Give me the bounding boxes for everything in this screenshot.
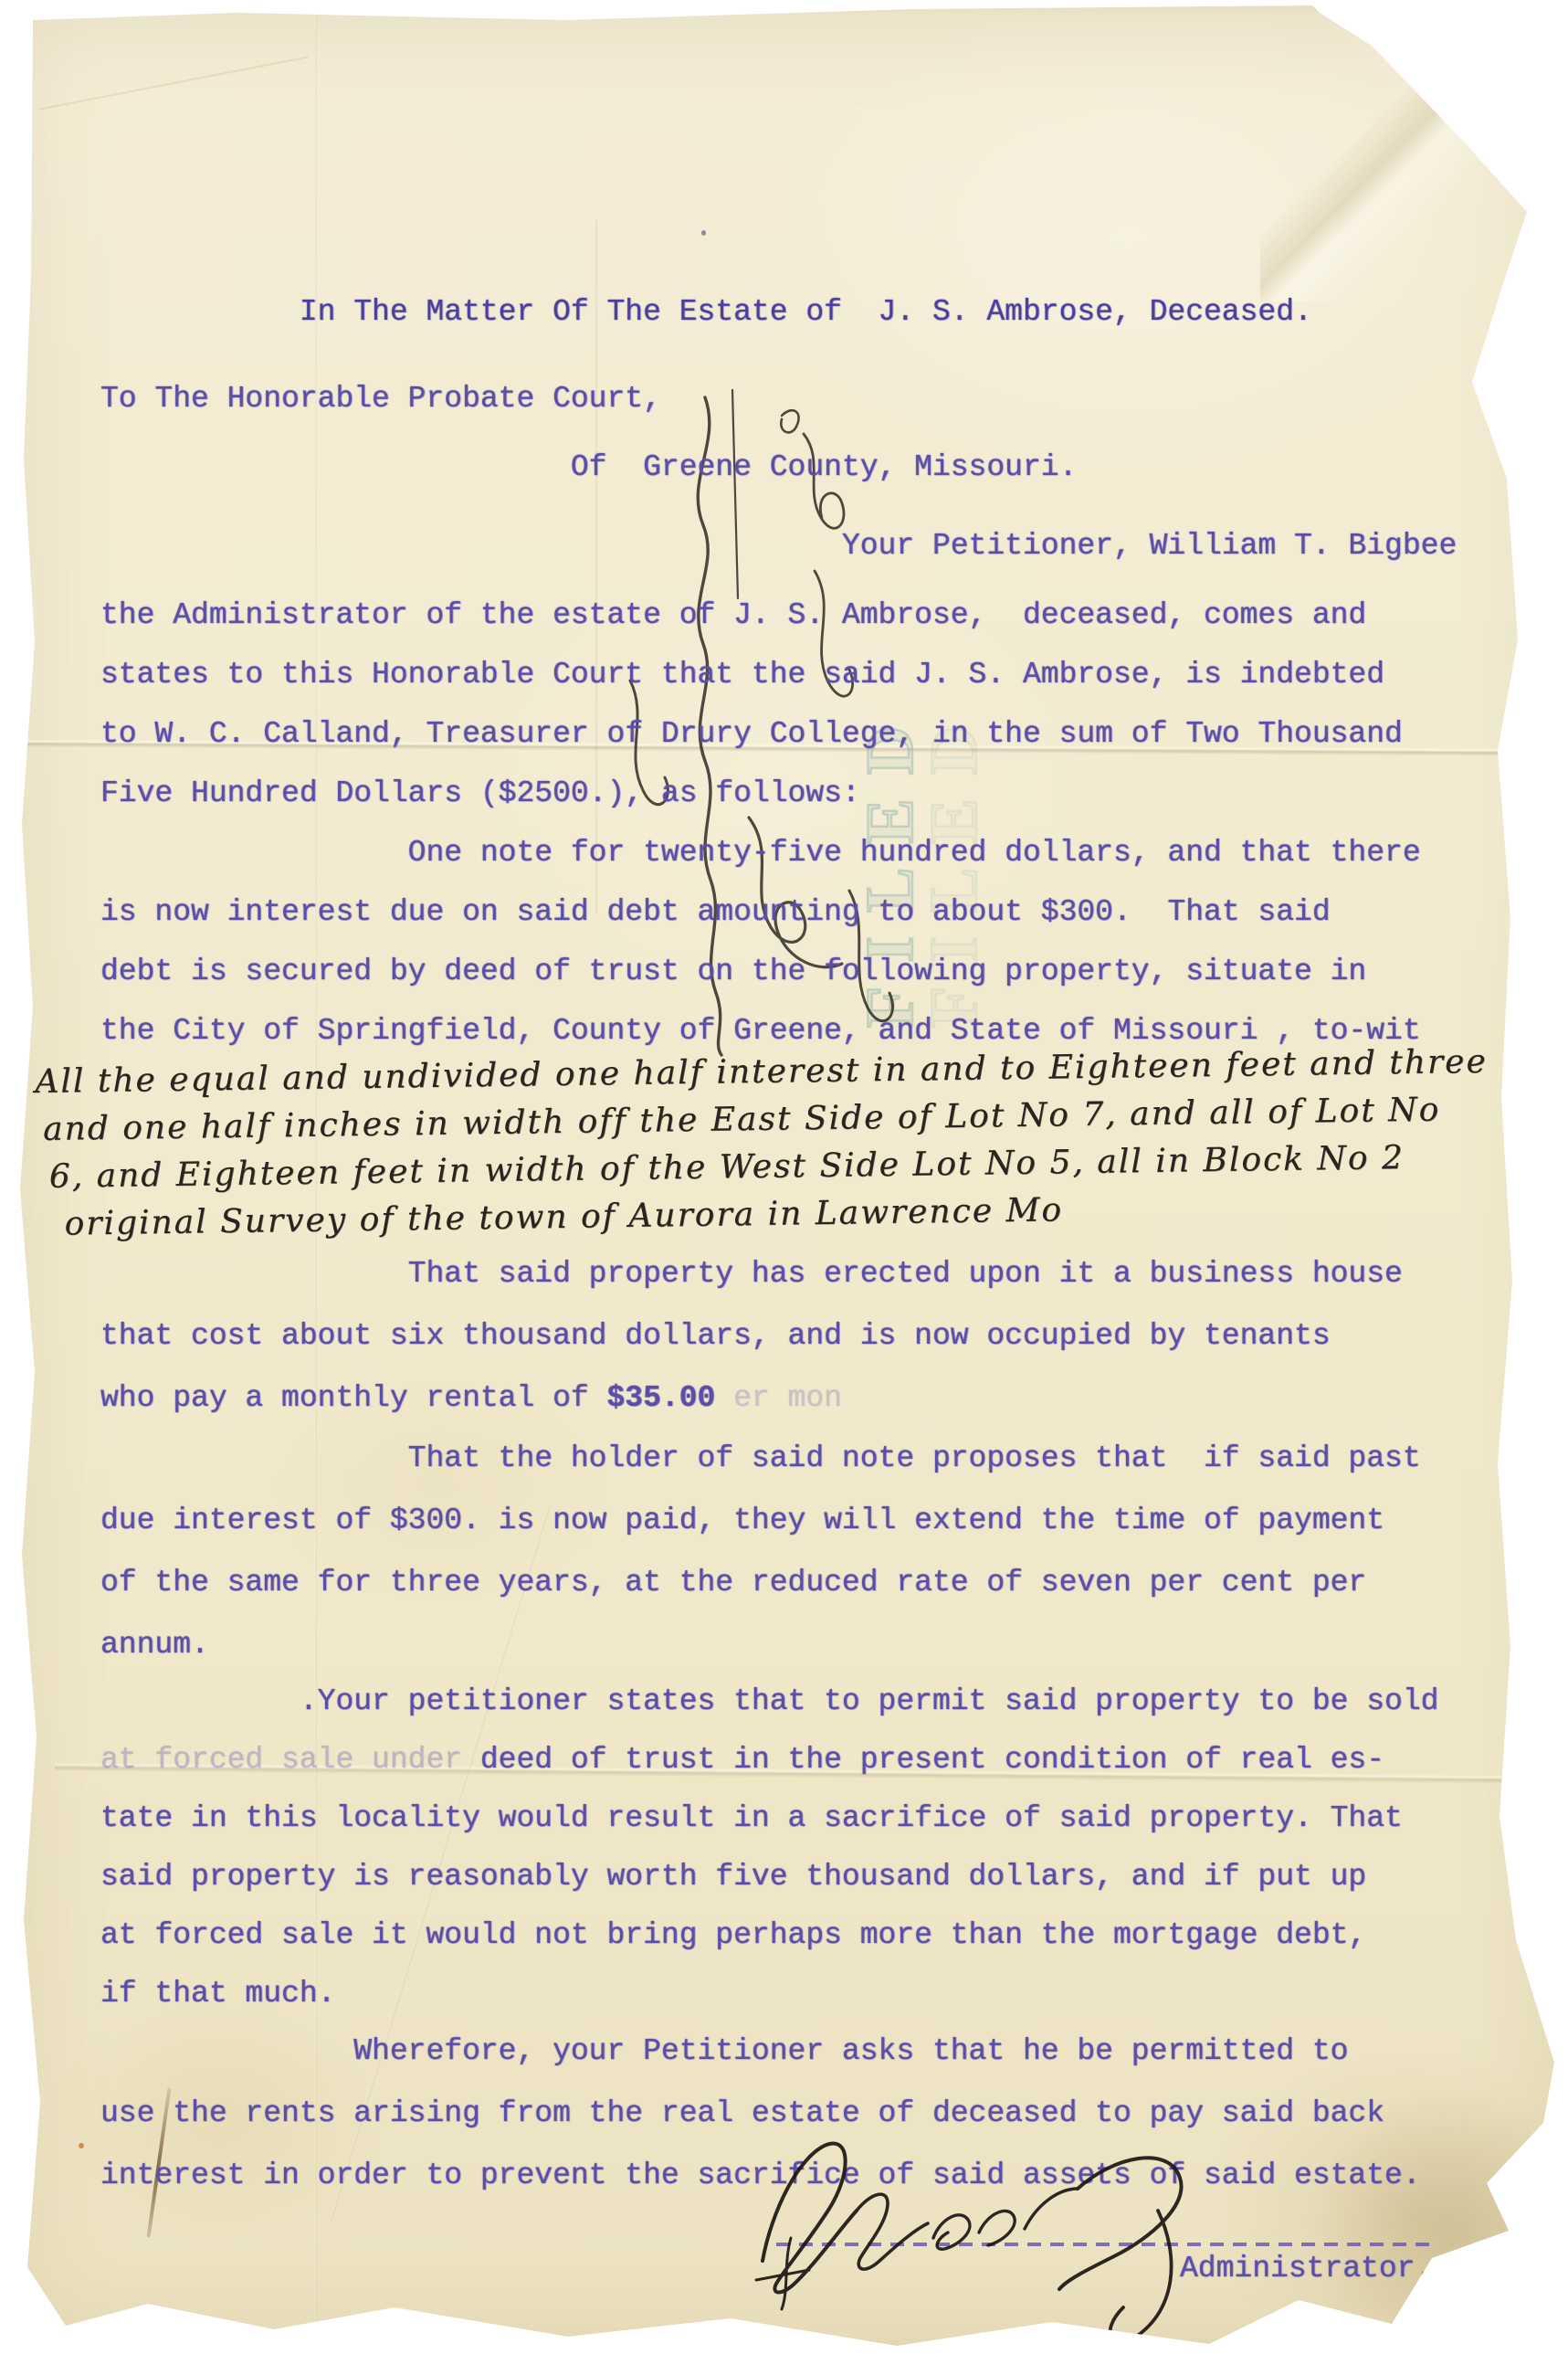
- typed-line: debt is secured by deed of trust on the …: [100, 942, 1421, 1001]
- scan-background: FILED FILED In The Matter Of The Estate …: [0, 0, 1568, 2354]
- handwritten-property-description: All the equal and undivided one half int…: [35, 1039, 1489, 1249]
- petitioner-intro-line: Your Petitioner, William T. Bigbee: [100, 528, 1457, 565]
- paragraph-wherefore: Wherefore, your Petitioner asks that he …: [100, 2021, 1421, 2207]
- paper-stain: [79, 2143, 84, 2148]
- typed-line: at forced sale it would not bring perhap…: [100, 1906, 1438, 1965]
- typed-line: That said property has erected upon it a…: [100, 1243, 1403, 1305]
- typed-line: interest in order to prevent the sacrifi…: [100, 2145, 1421, 2207]
- typed-line: states to this Honorable Court that the …: [100, 645, 1403, 704]
- typed-line: who pay a monthly rental of $35.00 er mo…: [100, 1367, 1403, 1430]
- typed-line: is now interest due on said debt amounti…: [100, 882, 1421, 942]
- typed-line: Wherefore, your Petitioner asks that he …: [100, 2021, 1421, 2083]
- typed-line: that cost about six thousand dollars, an…: [100, 1305, 1403, 1367]
- typed-line: One note for twenty-five hundred dollars…: [100, 823, 1421, 882]
- typed-line: That the holder of said note proposes th…: [100, 1428, 1421, 1490]
- typed-line: the Administrator of the estate of J. S.…: [100, 586, 1403, 645]
- typed-line: said property is reasonably worth five t…: [100, 1848, 1438, 1906]
- typed-line: of the same for three years, at the redu…: [100, 1552, 1421, 1614]
- document-page: FILED FILED In The Matter Of The Estate …: [0, 0, 1568, 2354]
- address-line-court: To The Honorable Probate Court,: [100, 381, 661, 417]
- fold-crease-top-right: [1260, 0, 1568, 301]
- typed-line: tate in this locality would result in a …: [100, 1789, 1438, 1848]
- typed-line: .Your petitioner states that to permit s…: [100, 1673, 1438, 1731]
- address-line-county: Of Greene County, Missouri.: [100, 449, 1077, 486]
- typed-line: annum.: [100, 1614, 1421, 1676]
- administrator-label: Administrator.: [1180, 2251, 1433, 2287]
- ink-speck: [701, 230, 706, 236]
- paragraph-indebtedness: the Administrator of the estate of J. S.…: [100, 586, 1403, 823]
- typed-line: due interest of $300. is now paid, they …: [100, 1490, 1421, 1552]
- erased-text: er mon: [715, 1381, 842, 1415]
- case-caption: In The Matter Of The Estate of J. S. Amb…: [100, 294, 1312, 331]
- signature-dotted-line: [776, 2243, 1429, 2246]
- typed-line: use the rents arising from the real esta…: [100, 2083, 1421, 2145]
- typed-line: at forced sale under deed of trust in th…: [100, 1731, 1438, 1789]
- paragraph-forced-sale: .Your petitioner states that to permit s…: [100, 1673, 1438, 2023]
- typed-line: to W. C. Calland, Treasurer of Drury Col…: [100, 704, 1403, 764]
- faded-text: at forced sale under: [100, 1743, 480, 1777]
- rental-amount: $35.00: [607, 1381, 716, 1415]
- paragraph-extension-offer: That the holder of said note proposes th…: [100, 1428, 1421, 1676]
- paragraph-business-house: That said property has erected upon it a…: [100, 1243, 1403, 1430]
- typed-text: deed of trust in the present condition o…: [480, 1743, 1384, 1777]
- fold-crease-top-left: [39, 56, 309, 110]
- typed-line: Five Hundred Dollars ($2500.), as follow…: [100, 764, 1403, 823]
- paragraph-note-description: One note for twenty-five hundred dollars…: [100, 823, 1421, 1061]
- rental-text: who pay a monthly rental of: [100, 1381, 607, 1415]
- typed-line: if that much.: [100, 1965, 1438, 2023]
